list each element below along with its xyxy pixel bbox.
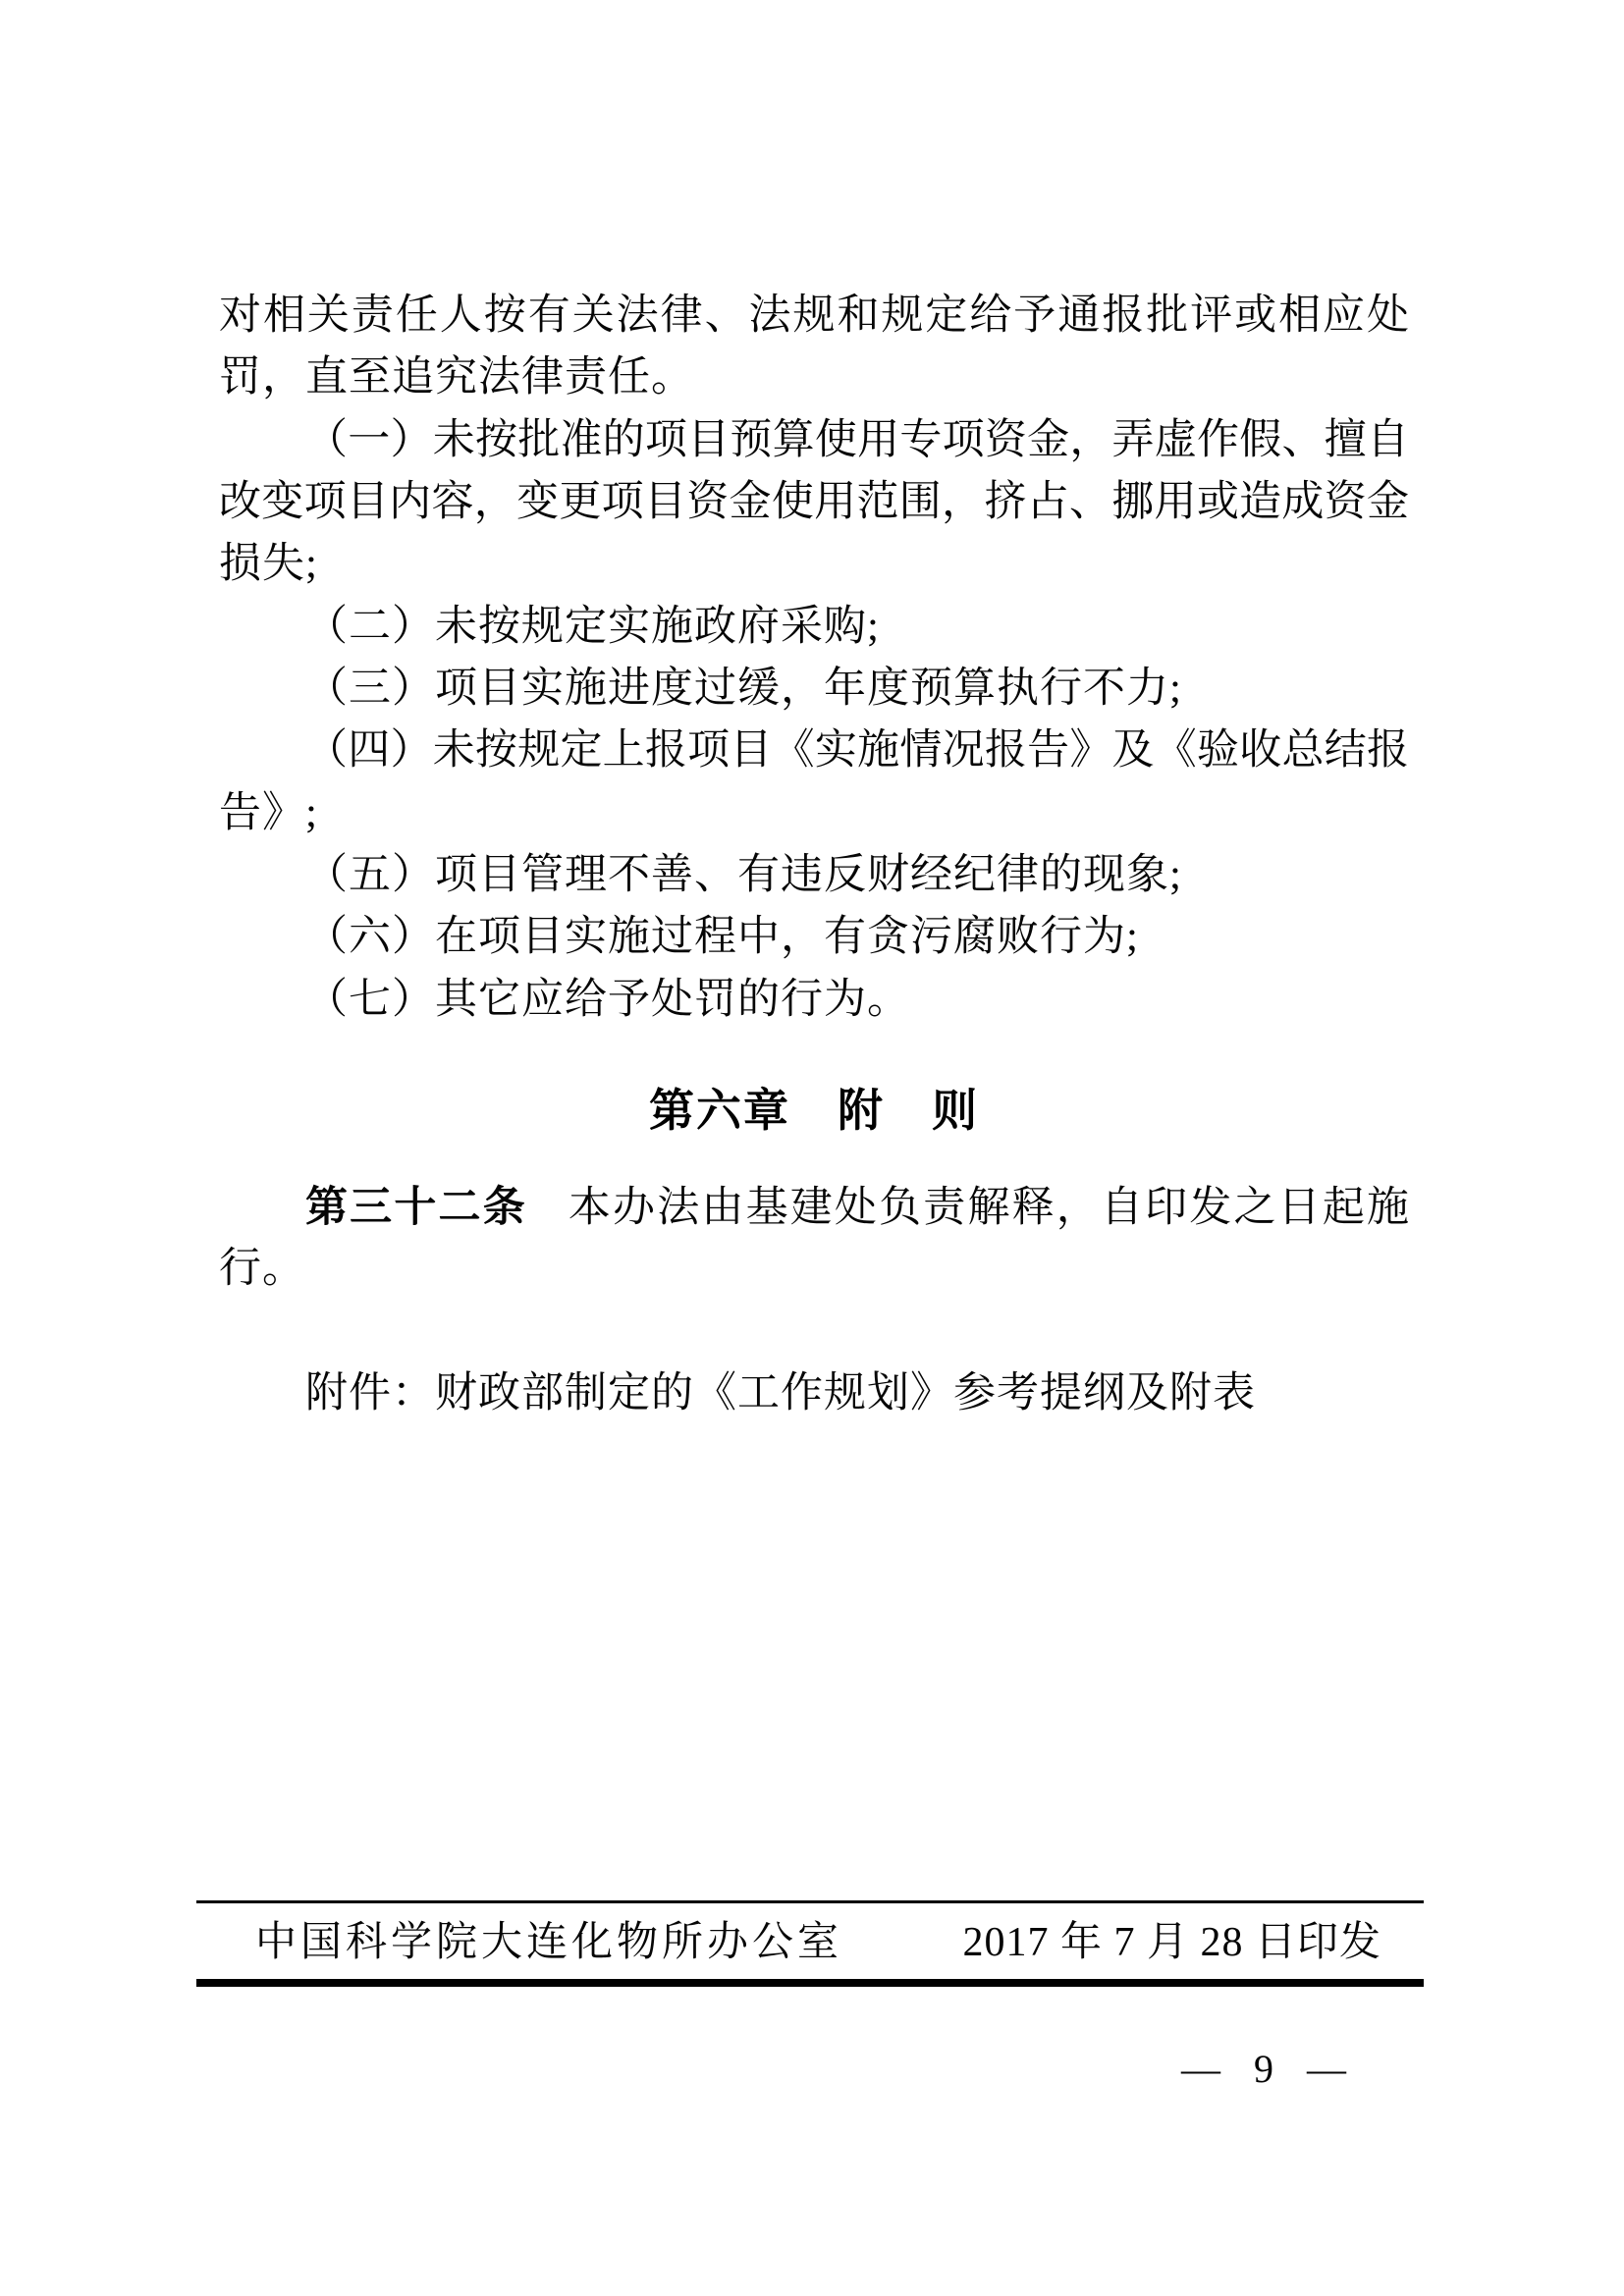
body-line-item-5: （五）项目管理不善、有违反财经纪律的现象; [305, 844, 1182, 907]
issuing-office: 中国科学院大连化物所办公室 [255, 1911, 842, 1974]
body-line: 告》; [219, 782, 318, 845]
colophon-row: 中国科学院大连化物所办公室 2017 年 7 月 28 日印发 [196, 1911, 1424, 1974]
chapter-heading: 第六章 附 则 [219, 1079, 1409, 1142]
attachment-note: 附件：财政部制定的《工作规划》参考提纲及附表 [305, 1362, 1256, 1425]
body-line: 对相关责任人按有关法律、法规和规定给予通报批评或相应处 [219, 285, 1409, 347]
body-line-item-7: （七）其它应给予处罚的行为。 [305, 969, 910, 1032]
article-text: 本办法由基建处负责解释，自印发之日起施 [568, 1185, 1409, 1231]
colophon-top-rule [196, 1900, 1424, 1903]
body-line-item-1: （一）未按批准的项目预算使用专项资金，弄虚作假、擅自 [305, 409, 1409, 472]
body-line: 改变项目内容，变更项目资金使用范围，挤占、挪用或造成资金 [219, 471, 1409, 534]
article-line: 第三十二条本办法由基建处负责解释，自印发之日起施 [305, 1176, 1409, 1239]
page-number: — 9 — [1181, 2044, 1346, 2095]
body-line: 损失; [219, 533, 318, 596]
article-number-label: 第三十二条 [305, 1184, 527, 1231]
body-line-item-2: （二）未按规定实施政府采购; [305, 596, 880, 659]
body-line: 罚，直至追究法律责任。 [219, 347, 694, 409]
article-line-continuation: 行。 [219, 1238, 305, 1301]
body-line-item-6: （六）在项目实施过程中，有贪污腐败行为; [305, 906, 1139, 969]
body-line-item-3: （三）项目实施进度过缓，年度预算执行不力; [305, 658, 1182, 721]
colophon-bottom-rule [196, 1979, 1424, 1987]
document-page: 对相关责任人按有关法律、法规和规定给予通报批评或相应处 罚，直至追究法律责任。 … [0, 0, 1624, 2296]
body-line-item-4: （四）未按规定上报项目《实施情况报告》及《验收总结报 [305, 720, 1409, 782]
print-date: 2017 年 7 月 28 日印发 [962, 1911, 1381, 1974]
